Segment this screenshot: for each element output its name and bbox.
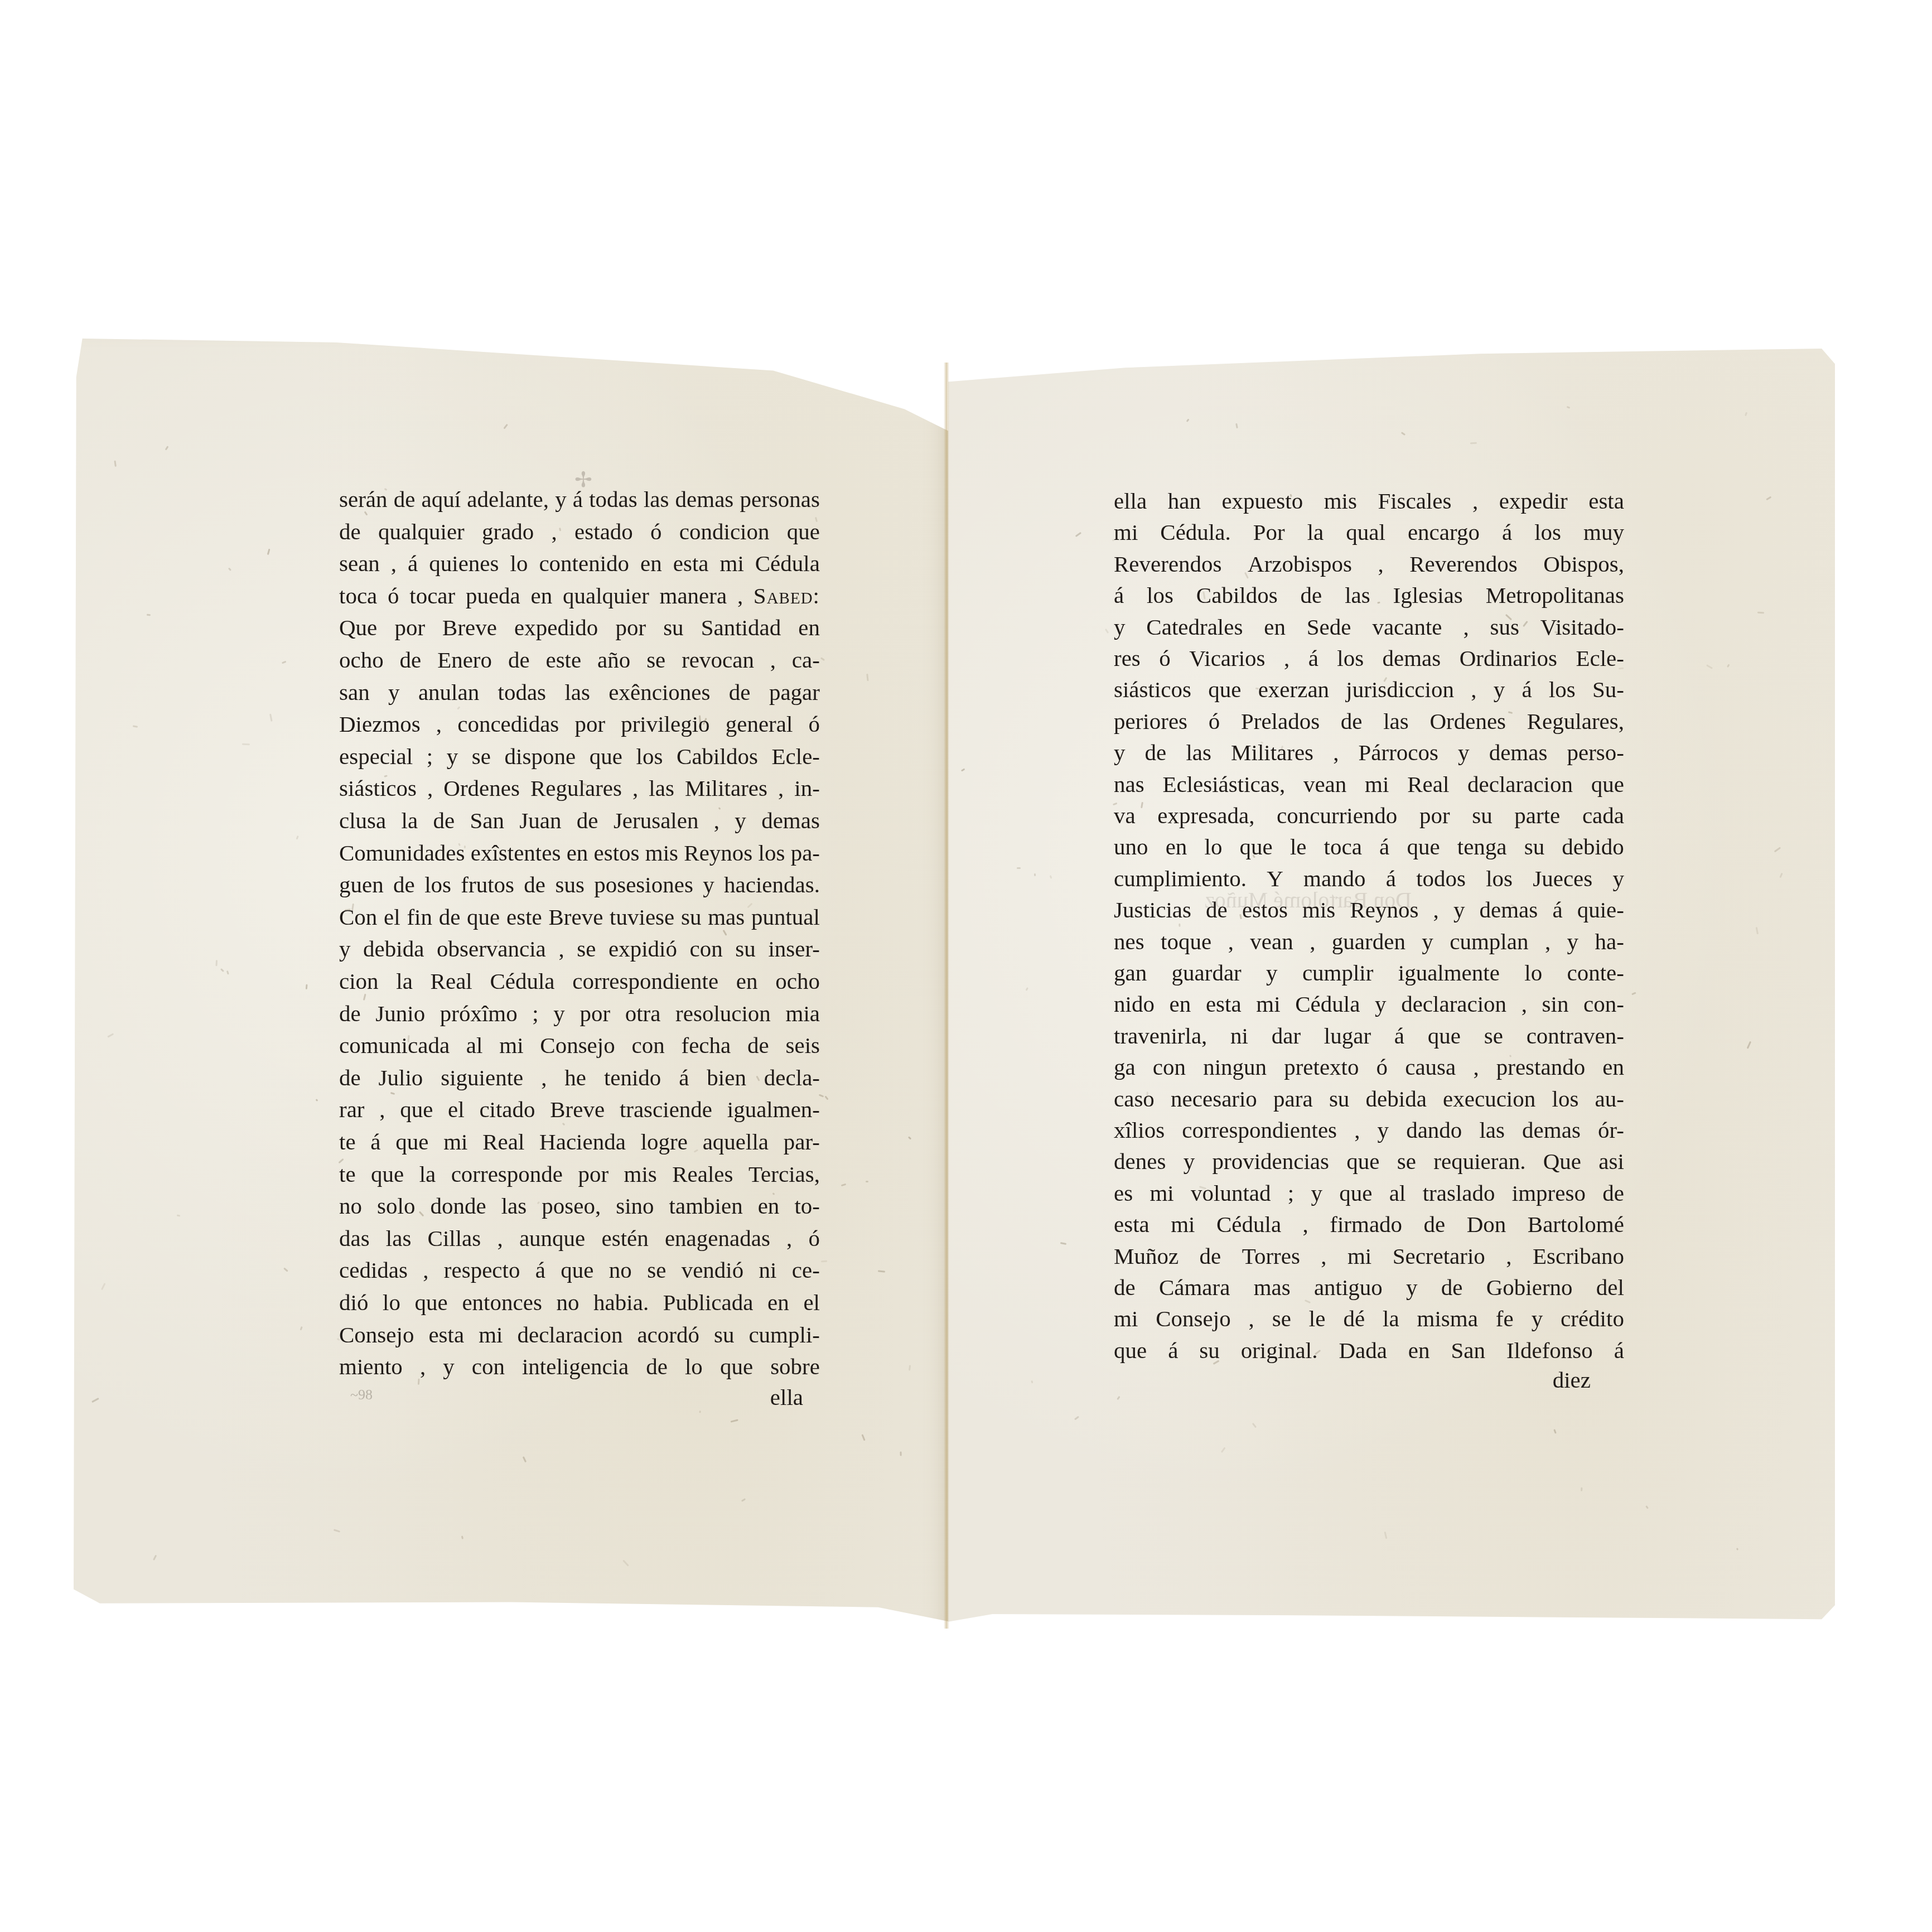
text-line: ydelasMilitares,Párrocosydemasperso- <box>1114 738 1624 766</box>
text-line: deCámaramasantiguoydeGobiernodel <box>1114 1273 1624 1301</box>
text-line: dequalquiergrado,estadoócondicionque <box>339 518 820 545</box>
text-line: gaconningunpretextoócausa,prestandoen <box>1114 1053 1624 1081</box>
text-line: rar,queelcitadoBrevetrasciendeigualmen- <box>339 1095 820 1123</box>
text-line: clusaladeSanJuandeJerusalen,ydemas <box>339 806 820 834</box>
text-line: yCatedralesenSedevacante,susVisitado- <box>1114 613 1624 641</box>
text-line: tequelacorrespondepormisRealesTercias, <box>339 1160 820 1188</box>
text-line: QueporBreveexpedidoporsuSantidaden <box>339 614 820 641</box>
paper-fleck <box>820 1260 827 1262</box>
paper-fleck <box>878 1270 886 1272</box>
text-line: comunicadaalmiConsejoconfechadeseis <box>339 1031 820 1059</box>
text-line: ConelfindequeesteBrevetuviesesumaspuntua… <box>339 903 820 931</box>
text-line: unoenloqueletocaáquetengasudebido <box>1114 833 1624 861</box>
show-through-page-mark: ~98 <box>350 1387 373 1403</box>
paper-fleck <box>1178 923 1180 926</box>
text-line: ydebidaobservancia,seexpidióconsuinser- <box>339 935 820 963</box>
text-line: Consejoestamideclaracionacordósucumpli- <box>339 1321 820 1349</box>
text-line: travenirla,nidarlugaráquesecontraven- <box>1114 1022 1624 1050</box>
text-line: estamiCédula,firmadodeDonBartolomé <box>1114 1210 1624 1238</box>
paper-fleck <box>699 1411 701 1413</box>
text-line: ganguardarycumplirigualmenteloconte- <box>1114 959 1624 987</box>
text-line: álosCabildosdelasIglesiasMetropolitanas <box>1114 581 1624 609</box>
text-line: dióloqueentoncesnohabia.Publicadaenel <box>339 1288 820 1316</box>
text-line: teáquemiRealHaciendalogreaquellapar- <box>339 1128 820 1156</box>
text-line: daslasCillas,aunqueesténenagenadas,ó <box>339 1224 820 1252</box>
text-line: queásuoriginal.DadaenSanIldefonsoá <box>1114 1336 1624 1364</box>
text-line: JusticiasdeestosmisReynos,ydemasáquie- <box>1114 896 1624 924</box>
text-line: MuñozdeTorres,miSecretario,Escribano <box>1114 1242 1624 1270</box>
text-line: nestoque,vean,guardenycumplan,yha- <box>1114 928 1624 955</box>
text-line: serándeaquíadelante,yátodaslasdemasperso… <box>339 485 820 513</box>
paper-fleck <box>146 614 150 616</box>
paper-fleck <box>1017 867 1021 869</box>
text-line: miCédula.Porlaqualencargoálosmuy <box>1114 518 1624 546</box>
text-line: sean,áquieneslocontenidoenestamiCédula <box>339 549 820 577</box>
text-line: Diezmos,concedidasporprivilegiogeneraló <box>339 710 820 738</box>
text-line: nasEclesiásticas,veanmiRealdeclaracionqu… <box>1114 770 1624 798</box>
text-line: ComunidadesexîstentesenestosmisReynoslos… <box>339 839 820 867</box>
text-line: especial;ysedisponequelosCabildosEcle- <box>339 742 820 770</box>
paper-fleck <box>900 1451 901 1456</box>
text-line: nidoenestamiCédulaydeclaracion,sincon- <box>1114 990 1624 1018</box>
text-line: cionlaRealCédulacorrespondienteenocho <box>339 967 820 995</box>
text-line: miento,yconinteligenciadeloquesobre <box>339 1353 820 1380</box>
paper-fleck <box>177 1214 180 1216</box>
text-line: vaexpresada,concurriendoporsupartecada <box>1114 801 1624 829</box>
text-line: deJuniopróxîmo;yporotraresolucionmia <box>339 999 820 1027</box>
catchword-right: diez <box>1553 1366 1591 1394</box>
paper-fleck <box>866 1181 868 1182</box>
text-line: deJuliosiguiente,hetenidoábiendecla- <box>339 1064 820 1091</box>
paper-fleck <box>1470 442 1477 444</box>
text-line: denesyprovidenciasqueserequieran.Queasi <box>1114 1147 1624 1175</box>
text-line: sanyanulantodaslasexêncionesdepagar <box>339 678 820 706</box>
text-line: siásticos,OrdenesRegulares,lasMilitares,… <box>339 774 820 802</box>
text-line: miConsejo,seledélamismafeycrédito <box>1114 1305 1624 1332</box>
text-line: ellahanexpuestomisFiscales,expediresta <box>1114 487 1624 515</box>
text-line: xîlioscorrespondientes,ydandolasdemasór- <box>1114 1116 1624 1144</box>
text-line: esmivoluntad;yquealtrasladoimpresode <box>1114 1179 1624 1207</box>
text-line: perioresóPreladosdelasOrdenesRegulares, <box>1114 707 1624 735</box>
text-line: cedidas,respectoáquenosevendiónice- <box>339 1256 820 1284</box>
text-line: tocaótocarpuedaenqualquiermanera,Sabed: <box>339 582 820 610</box>
text-line: ReverendosArzobispos,ReverendosObispos, <box>1114 550 1624 578</box>
paper-fleck <box>242 743 250 745</box>
catchword-left: ella <box>770 1383 803 1411</box>
text-line: resóVicarios,álosdemasOrdinariosEcle- <box>1114 644 1624 672</box>
text-line: guendelosfrutosdesusposesionesyhaciendas… <box>339 871 820 899</box>
gutter-fold <box>944 363 949 1629</box>
text-line: ochodeEnerodeesteañoserevocan,ca- <box>339 646 820 674</box>
text-line: nosolodondelasposeo,sinotambienento- <box>339 1192 820 1220</box>
book-spread: ✢ ~98 Don Bartolomé Muñoz serándeaquíade… <box>0 0 1932 1932</box>
text-line: casonecesarioparasudebidaexecucionlosau- <box>1114 1085 1624 1113</box>
text-line: cumplimiento.YmandoátodoslosJuecesy <box>1114 864 1624 892</box>
text-line: siásticosqueexerzanjurisdiccion,yálosSu- <box>1114 675 1624 703</box>
paper-fleck <box>1031 1380 1033 1383</box>
